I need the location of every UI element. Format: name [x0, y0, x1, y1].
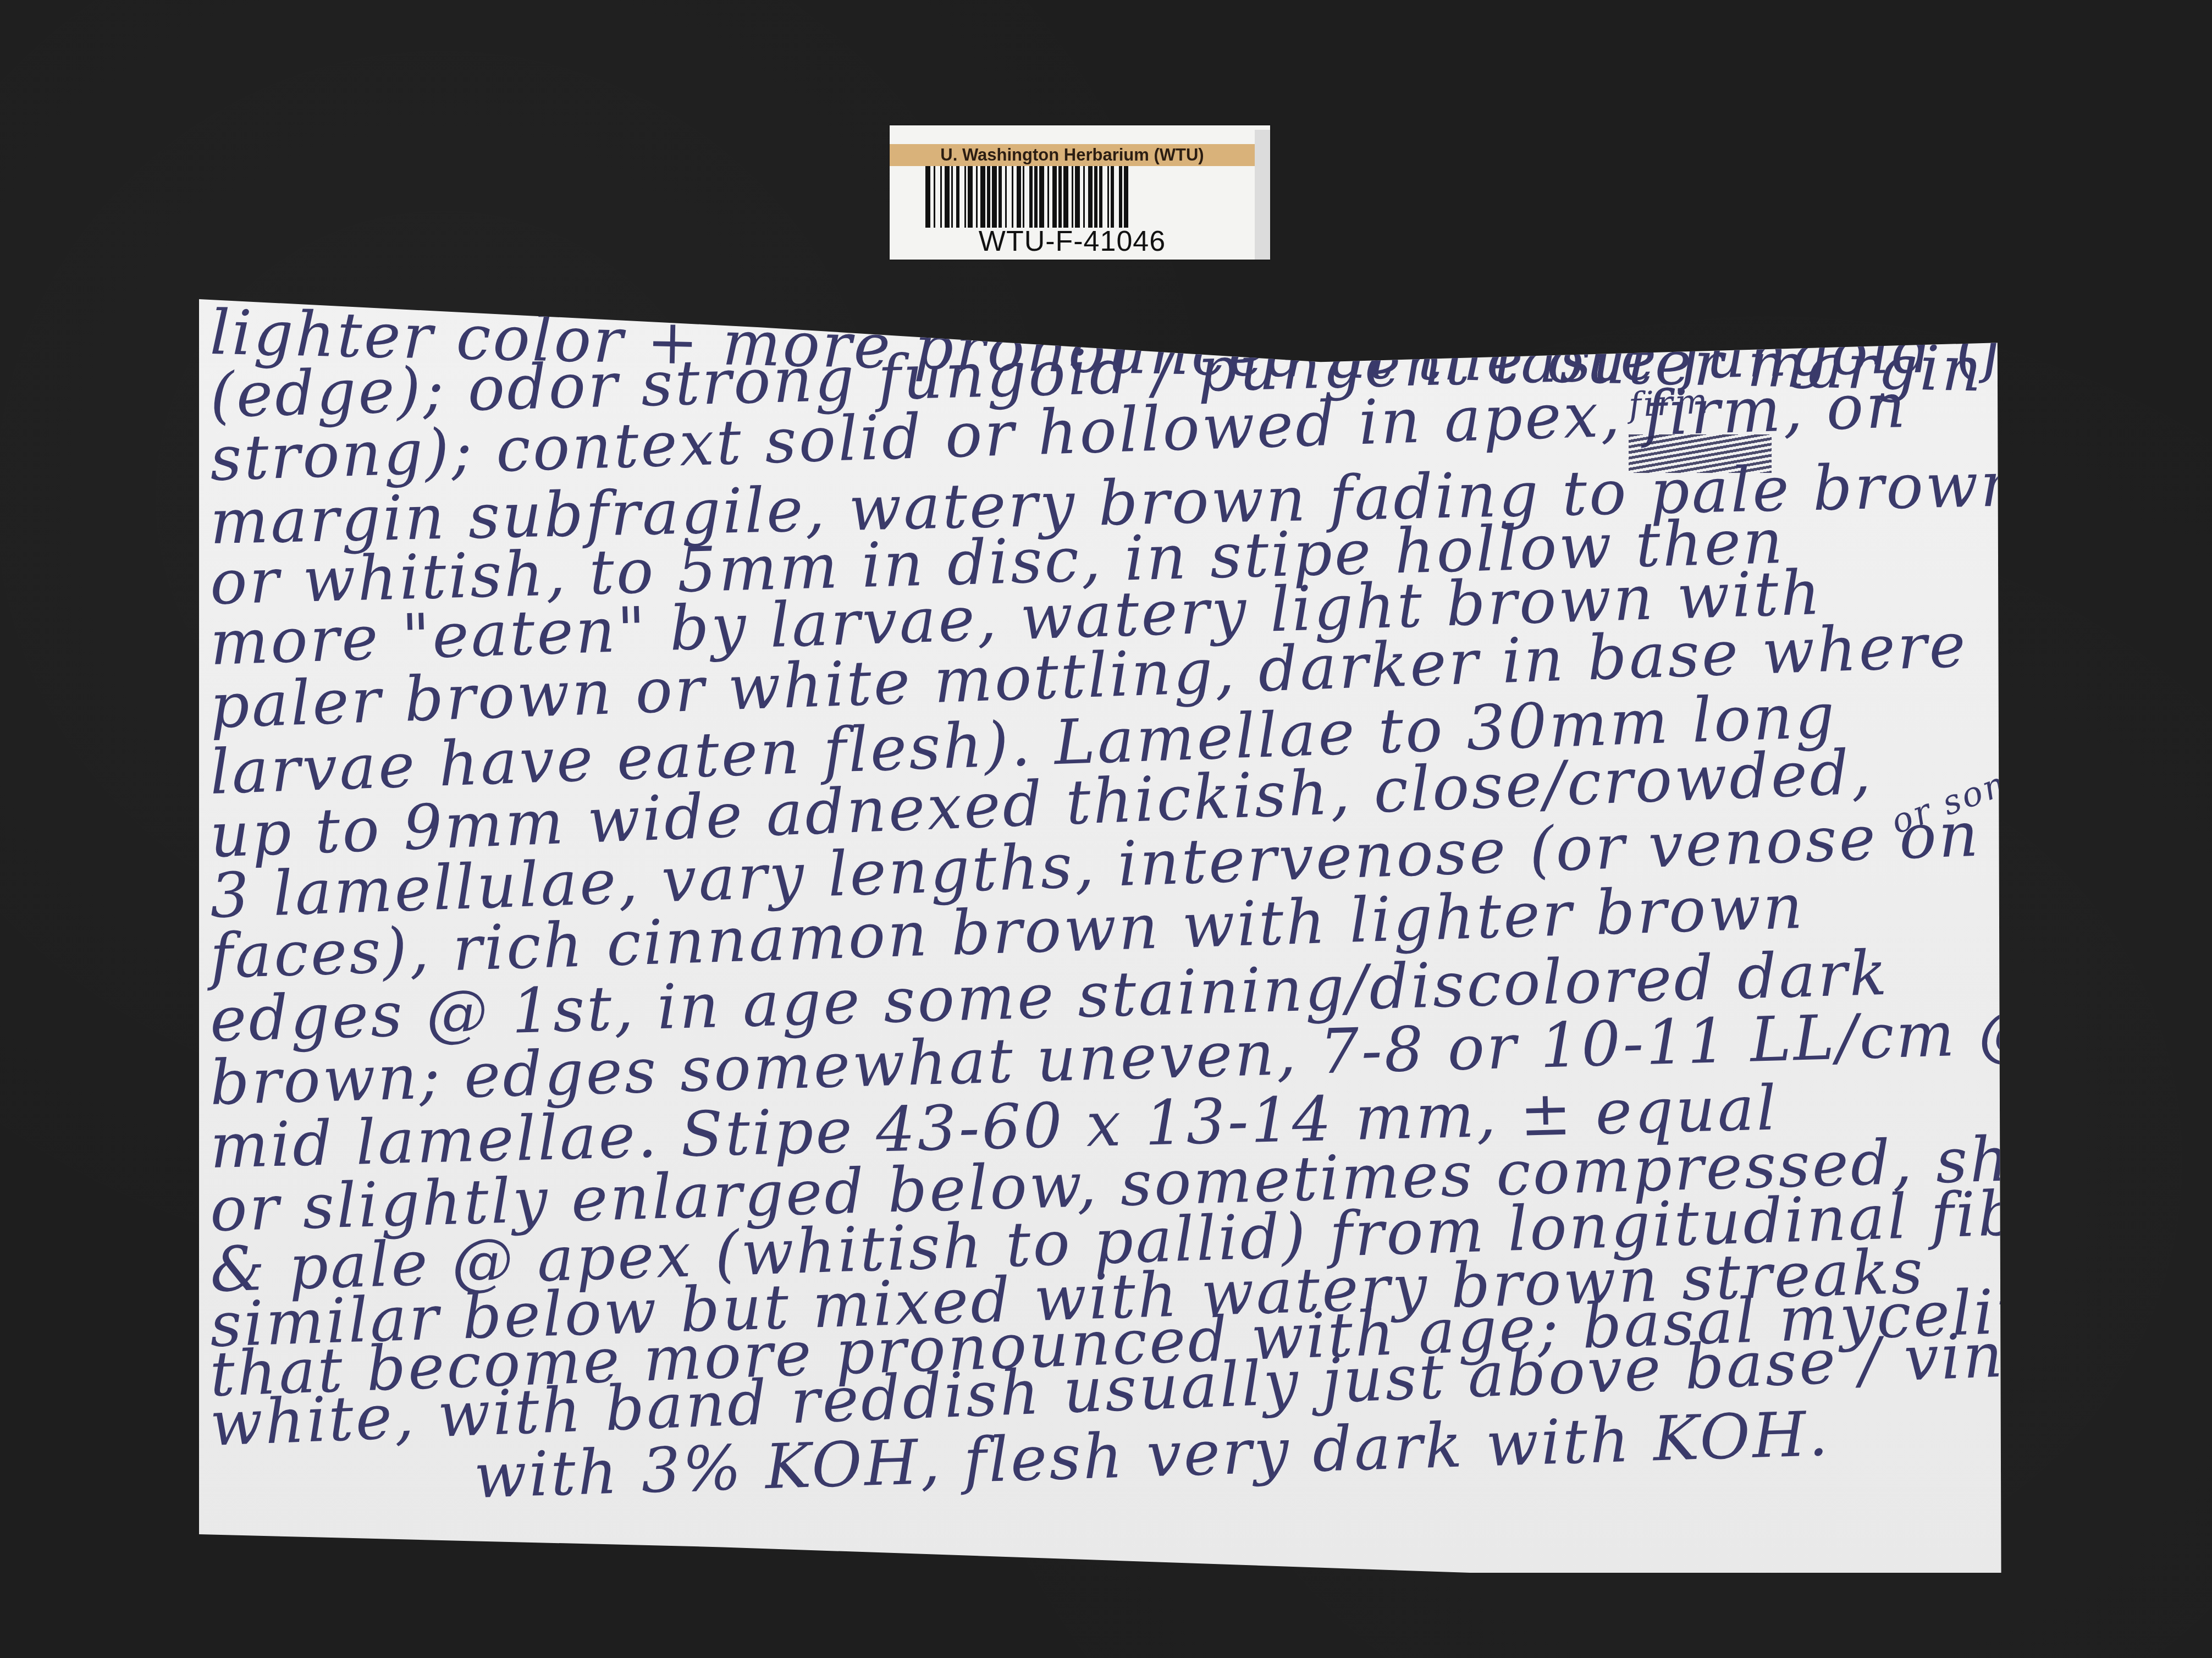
barcode-bar — [1114, 166, 1119, 228]
handwritten-note-sheet: lighter color + more pronounced at the o… — [199, 291, 2068, 1573]
label-edge — [1255, 130, 1270, 260]
barcode-bar — [925, 166, 930, 228]
barcode-bar — [1102, 166, 1107, 228]
barcode-bar — [1007, 166, 1012, 228]
barcode-bar — [945, 166, 950, 228]
barcode-bar — [935, 166, 940, 228]
catalog-number: WTU-F-41046 — [890, 228, 1255, 255]
barcode-bar — [1052, 166, 1057, 228]
specimen-barcode-label: U. Washington Herbarium (WTU) WTU-F-4104… — [890, 125, 1270, 260]
barcode-bar — [1039, 166, 1044, 228]
barcode-bar — [992, 166, 997, 228]
barcode-bar — [1124, 166, 1129, 228]
barcode-bar — [959, 166, 964, 228]
barcode-bar — [968, 166, 973, 228]
barcode-bar — [1088, 166, 1093, 228]
barcode-bar — [1017, 166, 1022, 228]
barcode-bar — [1063, 166, 1068, 228]
inserted-word-firm: firm — [1628, 381, 1711, 425]
barcode-bar — [1024, 166, 1029, 228]
barcode-bar — [980, 166, 985, 228]
barcode-bar — [1075, 166, 1080, 228]
institution-name: U. Washington Herbarium (WTU) — [890, 144, 1255, 166]
barcode — [925, 166, 1129, 228]
